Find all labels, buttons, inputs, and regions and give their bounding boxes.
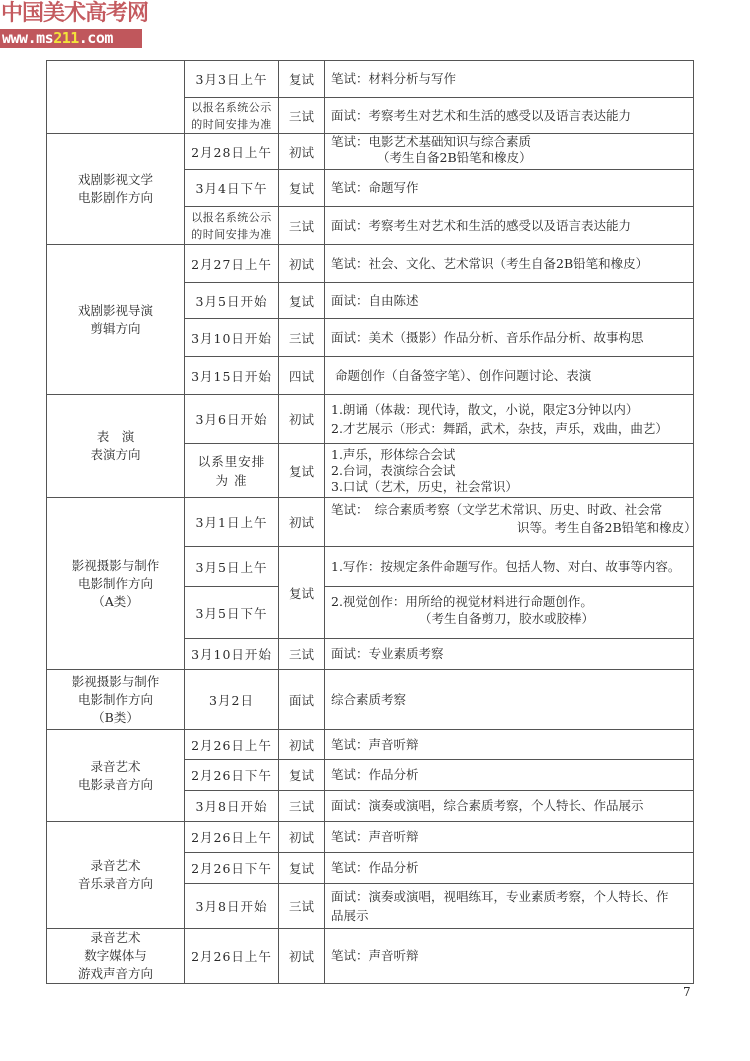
content-cell: 1.写作：按规定条件命题写作。包括人物、对白、故事等内容。	[325, 547, 694, 587]
round-cell: 复试	[279, 283, 325, 319]
logo-url-banner: www.ms211.com	[0, 29, 142, 48]
date-cell: 3月8日开始	[185, 884, 279, 929]
round-cell: 复试	[279, 170, 325, 207]
content-cell: 命题创作（自备签字笔）、创作问题讨论、表演	[325, 357, 694, 395]
round-cell: 初试	[279, 929, 325, 984]
content-cell: 1.朗诵（体裁：现代诗，散文，小说，限定3分钟以内）2.才艺展示（形式：舞蹈，武…	[325, 395, 694, 444]
date-cell: 3月3日上午	[185, 61, 279, 98]
round-cell: 四试	[279, 357, 325, 395]
round-cell: 初试	[279, 245, 325, 283]
content-cell: 面试：演奏或演唱，视唱练耳，专业素质考察，个人特长、作品展示	[325, 884, 694, 929]
round-cell: 三试	[279, 319, 325, 357]
content-cell: 面试：考察考生对艺术和生活的感受以及语言表达能力	[325, 207, 694, 245]
table-row: 表 演表演方向 3月6日开始 初试 1.朗诵（体裁：现代诗，散文，小说，限定3分…	[47, 395, 694, 444]
round-cell: 初试	[279, 822, 325, 853]
logo-url-highlight: 211	[53, 29, 79, 47]
round-cell: 复试	[279, 444, 325, 498]
date-cell: 2月26日上午	[185, 822, 279, 853]
date-cell: 3月10日开始	[185, 639, 279, 670]
date-cell: 2月26日上午	[185, 730, 279, 760]
major-cell	[47, 61, 185, 134]
date-cell: 2月26日下午	[185, 853, 279, 884]
content-cell: 面试：考察考生对艺术和生活的感受以及语言表达能力	[325, 98, 694, 134]
table-row: 影视摄影与制作电影制作方向（A类） 3月1日上午 初试 笔试： 综合素质考察（文…	[47, 498, 694, 547]
table-row: 录音艺术电影录音方向 2月26日上午 初试 笔试：声音听辩	[47, 730, 694, 760]
logo-url-prefix: www.ms	[2, 29, 53, 47]
content-cell: 综合素质考察	[325, 670, 694, 730]
round-cell: 初试	[279, 395, 325, 444]
round-cell: 三试	[279, 98, 325, 134]
content-cell: 1.声乐，形体综合会试2.台词，表演综合会试3.口试（艺术，历史，社会常识）	[325, 444, 694, 498]
round-cell: 三试	[279, 639, 325, 670]
content-cell: 笔试：命题写作	[325, 170, 694, 207]
exam-schedule-table: 3月3日上午 复试 笔试：材料分析与写作 以报名系统公示的时间安排为准 三试 面…	[46, 60, 694, 984]
table-row: 戏剧影视文学电影剧作方向 2月28日上午 初试 笔试：电影艺术基础知识与综合素质…	[47, 134, 694, 170]
date-cell: 3月2日	[185, 670, 279, 730]
table-row: 录音艺术音乐录音方向 2月26日上午 初试 笔试：声音听辩	[47, 822, 694, 853]
major-cell: 影视摄影与制作电影制作方向（B类）	[47, 670, 185, 730]
round-cell: 复试	[279, 760, 325, 791]
site-logo[interactable]: 中国美术高考网 www.ms211.com	[0, 0, 142, 48]
date-cell: 2月28日上午	[185, 134, 279, 170]
major-cell: 影视摄影与制作电影制作方向（A类）	[47, 498, 185, 670]
content-cell: 面试：自由陈述	[325, 283, 694, 319]
date-cell: 2月27日上午	[185, 245, 279, 283]
content-cell: 笔试：社会、文化、艺术常识（考生自备2B铅笔和橡皮）	[325, 245, 694, 283]
round-cell: 三试	[279, 791, 325, 822]
major-cell: 戏剧影视导演剪辑方向	[47, 245, 185, 395]
major-cell: 录音艺术数字媒体与游戏声音方向	[47, 929, 185, 984]
content-cell: 笔试：电影艺术基础知识与综合素质（考生自备2B铅笔和橡皮）	[325, 134, 694, 170]
content-cell: 笔试：声音听辩	[325, 730, 694, 760]
date-cell: 3月5日上午	[185, 547, 279, 587]
content-cell: 面试：专业素质考察	[325, 639, 694, 670]
round-cell: 面试	[279, 670, 325, 730]
round-cell: 初试	[279, 498, 325, 547]
content-cell: 笔试：声音听辩	[325, 929, 694, 984]
date-cell: 3月1日上午	[185, 498, 279, 547]
round-cell: 复试	[279, 853, 325, 884]
logo-title: 中国美术高考网	[0, 0, 142, 27]
content-cell: 面试：演奏或演唱，综合素质考察，个人特长、作品展示	[325, 791, 694, 822]
page-number: 7	[683, 985, 691, 999]
content-cell: 笔试：声音听辩	[325, 822, 694, 853]
round-cell: 复试	[279, 547, 325, 639]
table-row: 戏剧影视导演剪辑方向 2月27日上午 初试 笔试：社会、文化、艺术常识（考生自备…	[47, 245, 694, 283]
table-row: 影视摄影与制作电影制作方向（B类） 3月2日 面试 综合素质考察	[47, 670, 694, 730]
round-cell: 初试	[279, 134, 325, 170]
content-cell: 笔试： 综合素质考察（文学艺术常识、历史、时政、社会常识等。考生自备2B铅笔和橡…	[325, 498, 694, 547]
round-cell: 三试	[279, 884, 325, 929]
table-row: 录音艺术数字媒体与游戏声音方向 2月26日上午 初试 笔试：声音听辩	[47, 929, 694, 984]
logo-url-suffix: .com	[79, 29, 113, 47]
date-cell: 3月5日开始	[185, 283, 279, 319]
round-cell: 复试	[279, 61, 325, 98]
date-cell: 3月15日开始	[185, 357, 279, 395]
major-cell: 录音艺术电影录音方向	[47, 730, 185, 822]
major-cell: 表 演表演方向	[47, 395, 185, 498]
date-cell: 3月10日开始	[185, 319, 279, 357]
major-cell: 戏剧影视文学电影剧作方向	[47, 134, 185, 245]
date-cell: 3月5日下午	[185, 587, 279, 639]
content-cell: 笔试：材料分析与写作	[325, 61, 694, 98]
content-cell: 笔试：作品分析	[325, 853, 694, 884]
major-cell: 录音艺术音乐录音方向	[47, 822, 185, 929]
date-cell: 以系里安排为 准	[185, 444, 279, 498]
date-cell: 3月4日下午	[185, 170, 279, 207]
content-cell: 笔试：作品分析	[325, 760, 694, 791]
date-cell: 2月26日上午	[185, 929, 279, 984]
date-cell: 3月8日开始	[185, 791, 279, 822]
date-cell: 以报名系统公示的时间安排为准	[185, 207, 279, 245]
content-cell: 面试：美术（摄影）作品分析、音乐作品分析、故事构思	[325, 319, 694, 357]
date-cell: 以报名系统公示的时间安排为准	[185, 98, 279, 134]
date-cell: 2月26日下午	[185, 760, 279, 791]
date-cell: 3月6日开始	[185, 395, 279, 444]
round-cell: 三试	[279, 207, 325, 245]
round-cell: 初试	[279, 730, 325, 760]
table-row: 3月3日上午 复试 笔试：材料分析与写作	[47, 61, 694, 98]
content-cell: 2.视觉创作：用所给的视觉材料进行命题创作。（考生自备剪刀，胶水或胶棒）	[325, 587, 694, 639]
